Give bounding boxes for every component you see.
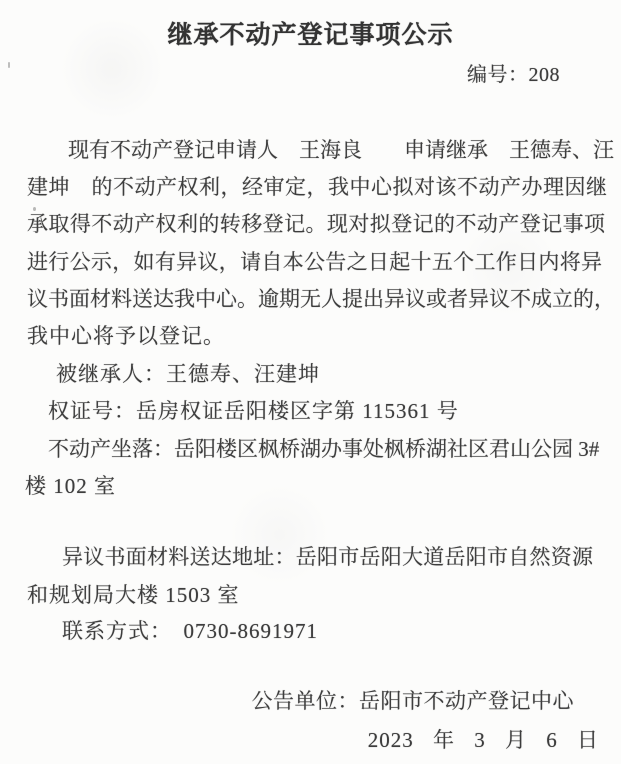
objection-address-line-1: 异议书面材料送达地址：岳阳市岳阳大道岳阳市自然资源 xyxy=(62,544,593,570)
body-paragraph-line-4: 进行公示，如有异议，请自本公告之日起十五个工作日内将异 xyxy=(27,249,602,275)
property-location-line-2: 楼 102 室 xyxy=(25,473,116,499)
objection-address-line-2: 和规划局大楼 1503 室 xyxy=(27,582,240,608)
body-paragraph-line-1: 现有不动产登记申请人 王海良 申请继承 王德寿、汪 xyxy=(68,137,613,163)
property-location-line-1: 不动产坐落：岳阳楼区枫桥湖办事处枫桥湖社区君山公园 3# xyxy=(48,436,593,462)
issue-date-line: 2023 年 3 月 6 日 xyxy=(368,727,599,753)
certificate-number-line: 权证号：岳房权证岳阳楼区字第 115361 号 xyxy=(48,398,459,424)
scan-speck xyxy=(8,62,10,68)
scanned-notice-document: 继承不动产登记事项公示 编号：208 现有不动产登记申请人 王海良 申请继承 王… xyxy=(0,0,621,764)
body-paragraph-line-5: 议书面材料送达我中心。逾期无人提出异议或者异议不成立的， xyxy=(27,286,608,312)
body-paragraph-line-2: 建坤 的不动产权利，经审定，我中心拟对该不动产办理因继 xyxy=(27,174,607,200)
issuing-unit-line: 公告单位：岳阳市不动产登记中心 xyxy=(252,688,575,714)
notice-title: 继承不动产登记事项公示 xyxy=(0,15,621,51)
body-paragraph-line-6: 我中心将予以登记。 xyxy=(27,323,225,349)
contact-phone-line: 联系方式： 0730-8691971 xyxy=(62,618,318,644)
notice-number: 编号：208 xyxy=(467,58,560,87)
body-paragraph-line-3: 承取得不动产权利的转移登记。现对拟登记的不动产登记事项 xyxy=(27,211,605,237)
decedents-line: 被继承人：王德寿、汪建坤 xyxy=(56,361,320,387)
